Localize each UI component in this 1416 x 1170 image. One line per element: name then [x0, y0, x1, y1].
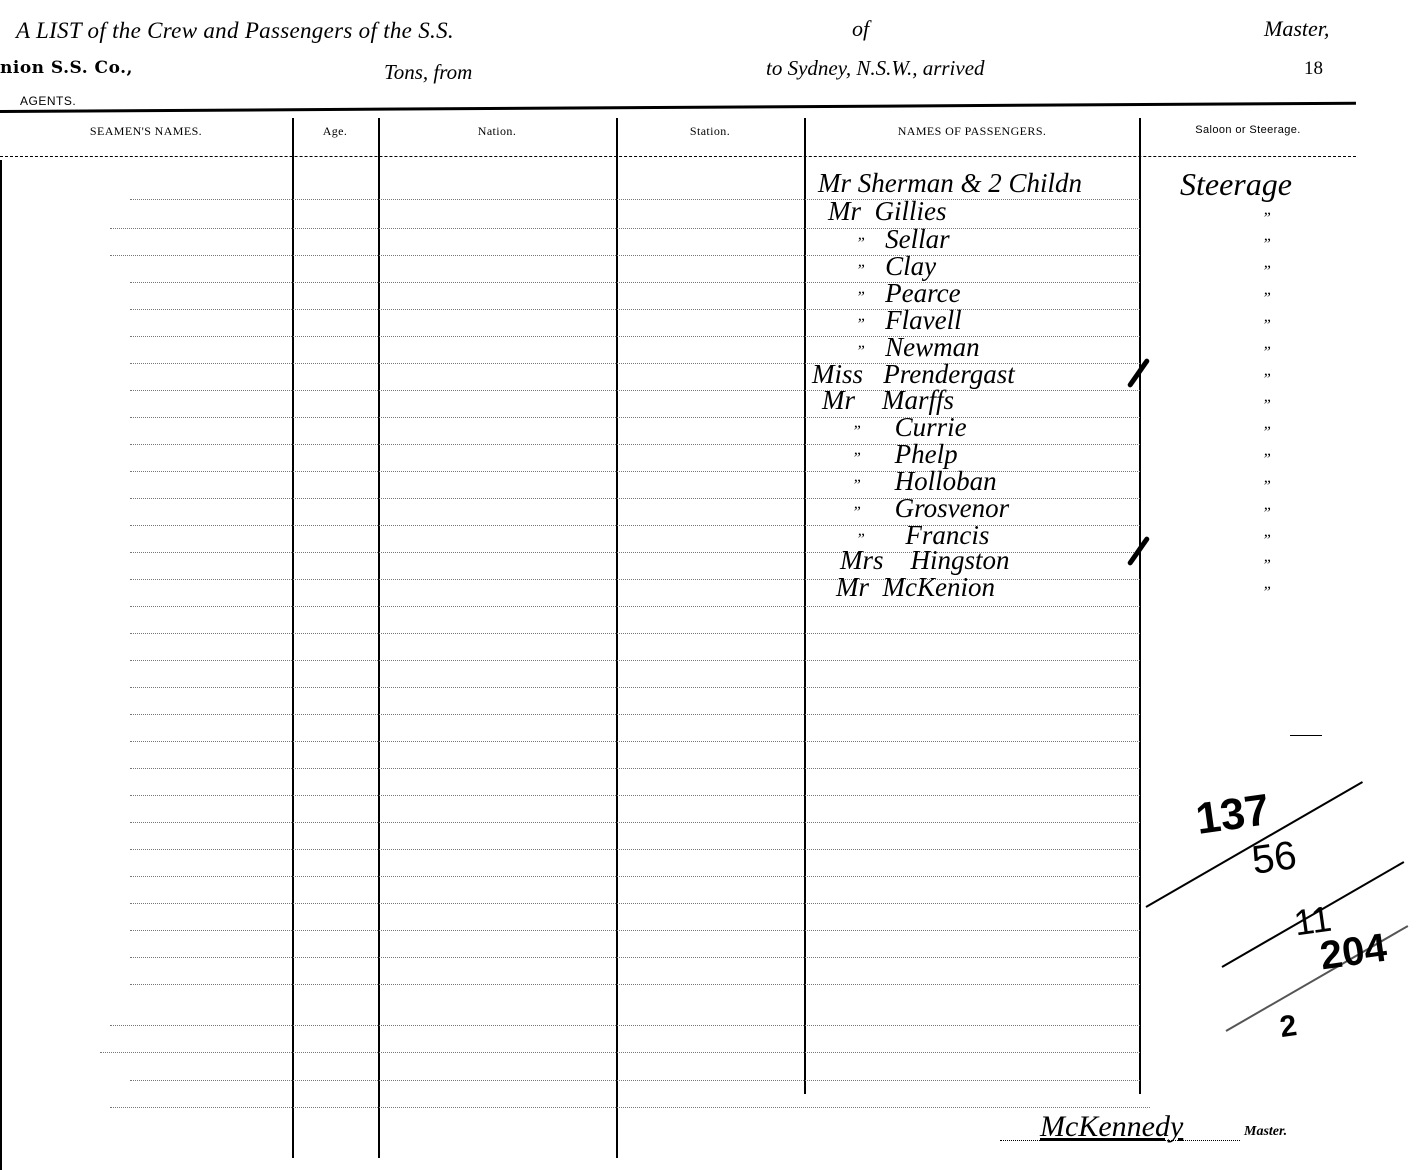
passenger-class: ” — [1262, 424, 1271, 442]
passenger-row: Mr McKenion — [836, 572, 995, 603]
column-divider — [378, 118, 380, 1158]
passenger-row: Mr Sherman & 2 Childn — [818, 168, 1082, 199]
passenger-class: ” — [1262, 478, 1271, 496]
passenger-class: ” — [1262, 236, 1271, 254]
master-signature: McKennedy — [1040, 1110, 1183, 1144]
column-header-rule — [0, 156, 1356, 157]
passenger-class: ” — [1262, 371, 1271, 389]
passenger-class: ” — [1262, 505, 1271, 523]
column-header-age: Age. — [292, 124, 378, 139]
passenger-class: ” — [1262, 317, 1271, 335]
column-divider — [616, 118, 618, 1158]
left-border — [0, 160, 2, 1170]
header-rule — [0, 102, 1356, 113]
passenger-class: ” — [1262, 397, 1271, 415]
column-header-station: Station. — [616, 124, 804, 139]
passenger-class: ” — [1262, 532, 1271, 550]
passenger-class: ” — [1262, 290, 1271, 308]
passenger-class: ” — [1262, 584, 1271, 602]
passenger-class: ” — [1262, 451, 1271, 469]
company-name: nion S.S. Co., — [0, 58, 133, 78]
passenger-class: ” — [1262, 557, 1271, 575]
document-title: A LIST of the Crew and Passengers of the… — [16, 18, 454, 44]
tons-from-label: Tons, from — [384, 60, 472, 85]
column-header-passenger-names: NAMES OF PASSENGERS. — [804, 124, 1140, 139]
passenger-class: ” — [1262, 263, 1271, 281]
passenger-class: Steerage — [1180, 166, 1292, 203]
column-header-saloon-steerage: Saloon or Steerage. — [1140, 124, 1356, 136]
column-header-seamens-names: SEAMEN'S NAMES. — [0, 124, 292, 139]
master-label-top: Master, — [1264, 16, 1329, 42]
column-divider — [292, 118, 294, 1158]
destination-label: to Sydney, N.S.W., arrived — [766, 56, 985, 81]
passenger-class: ” — [1262, 344, 1271, 362]
column-header-nation: Nation. — [378, 124, 616, 139]
year-prefix: 18 — [1304, 58, 1323, 80]
master-label-bottom: Master. — [1244, 1124, 1287, 1140]
of-label: of — [852, 16, 869, 42]
agents-label: AGENTS. — [20, 94, 76, 108]
passenger-class: ” — [1262, 210, 1271, 228]
passenger-row: Mr Gillies — [828, 196, 947, 227]
